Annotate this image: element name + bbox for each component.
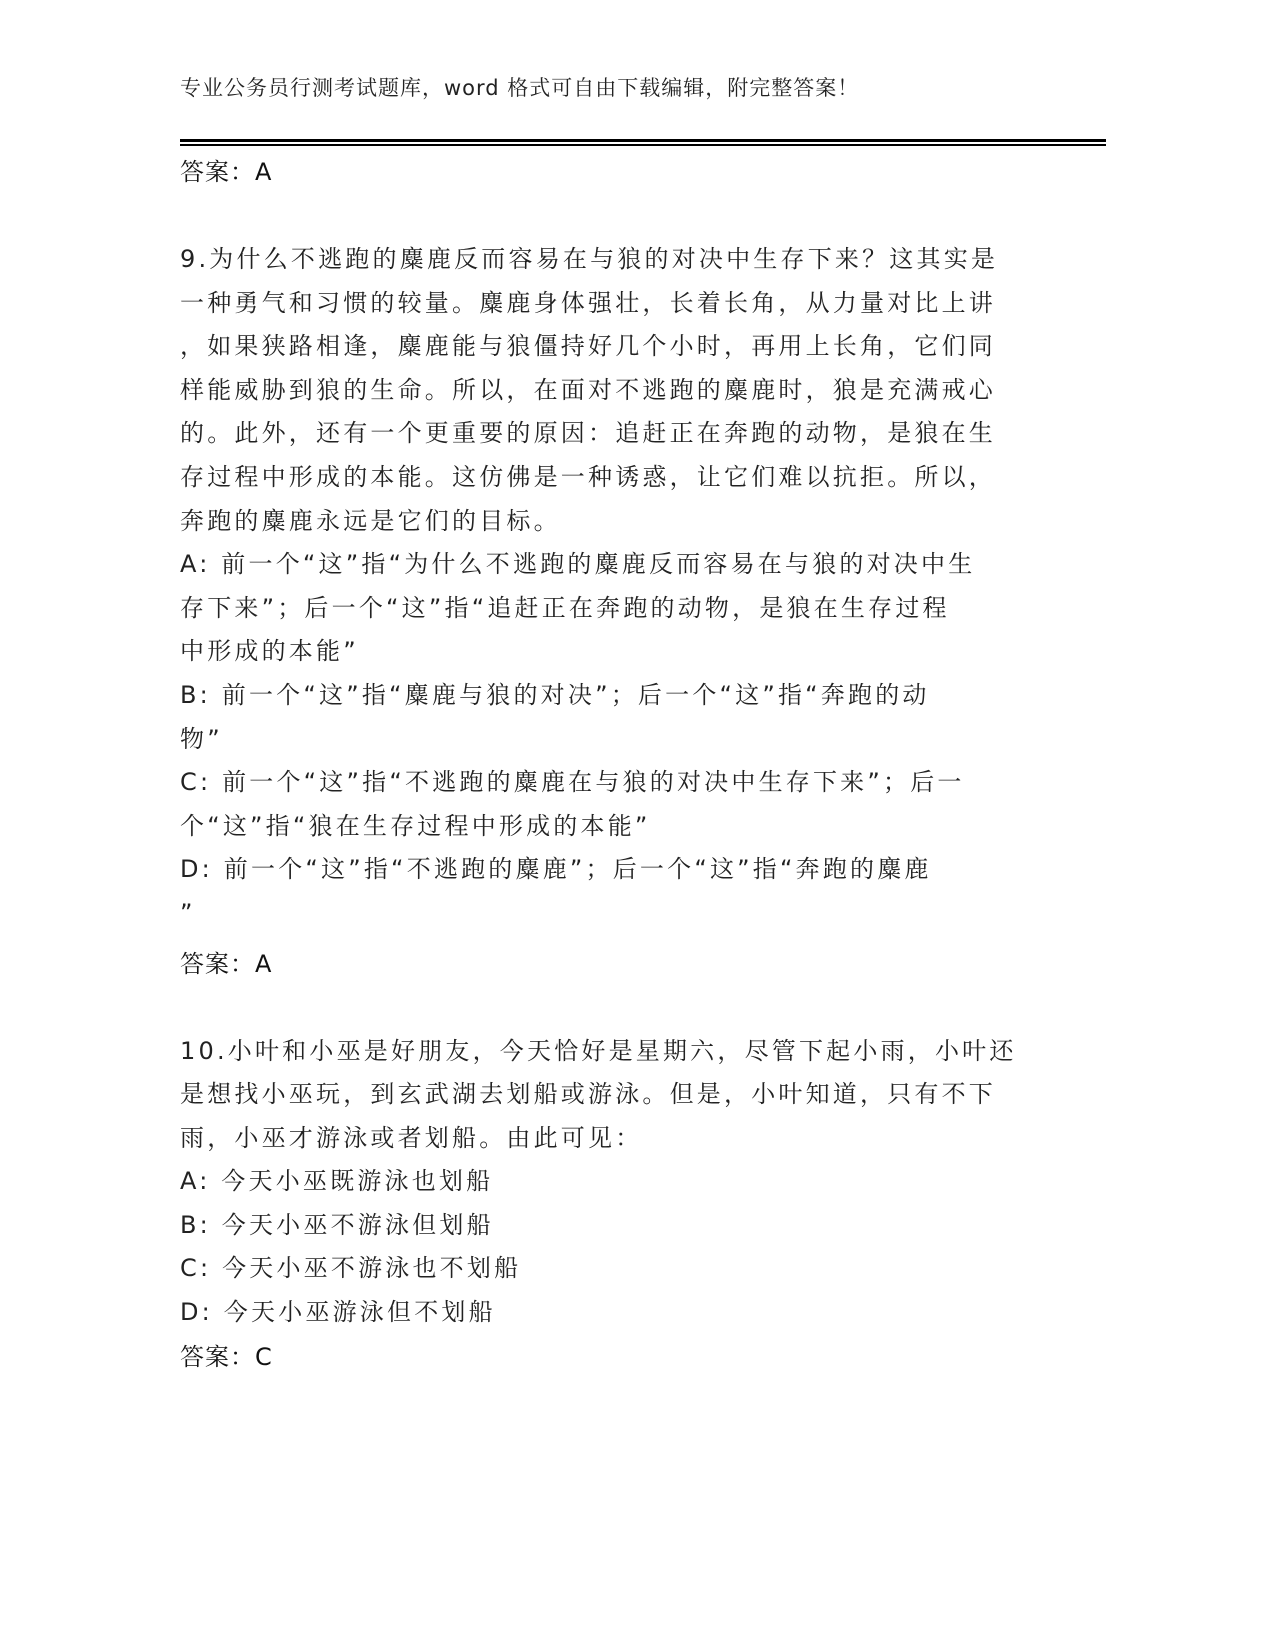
header-divider (180, 139, 1106, 146)
question-answer: 答案：A (180, 942, 1030, 986)
stem-line: 存过程中形成的本能。这仿佛是一种诱惑，让它们难以抗拒。所以， (180, 456, 1030, 500)
option-b: B: 前一个“这”指“麋鹿与狼的对决”；后一个“这”指“奔跑的动 物” (180, 674, 1030, 761)
stem-line: 的。此外，还有一个更重要的原因：追赶正在奔跑的动物，是狼在生 (180, 412, 1030, 456)
stem-line: ，如果狭路相逢，麋鹿能与狼僵持好几个小时，再用上长角，它们同 (180, 325, 1030, 369)
stem-line: 一种勇气和习惯的较量。麋鹿身体强壮，长着长角，从力量对比上讲 (180, 282, 1030, 326)
option-a: A: 今天小巫既游泳也划船 (180, 1160, 1030, 1204)
stem-line: 10.小叶和小巫是好朋友，今天恰好是星期六，尽管下起小雨，小叶还 (180, 1030, 1030, 1074)
option-line: C: 前一个“这”指“不逃跑的麋鹿在与狼的对决中生存下来”；后一 (180, 761, 1030, 805)
option-d: D: 今天小巫游泳但不划船 (180, 1291, 1030, 1335)
question-stem: 10.小叶和小巫是好朋友，今天恰好是星期六，尽管下起小雨，小叶还 是想找小巫玩，… (180, 1030, 1030, 1161)
stem-line: 9.为什么不逃跑的麋鹿反而容易在与狼的对决中生存下来？这其实是 (180, 238, 1030, 282)
question-stem: 9.为什么不逃跑的麋鹿反而容易在与狼的对决中生存下来？这其实是 一种勇气和习惯的… (180, 238, 1030, 543)
option-line: 中形成的本能” (180, 630, 1030, 674)
option-line: ” (180, 892, 1030, 936)
option-c: C: 前一个“这”指“不逃跑的麋鹿在与狼的对决中生存下来”；后一 个“这”指“狼… (180, 761, 1030, 848)
stem-line: 奔跑的麋鹿永远是它们的目标。 (180, 500, 1030, 544)
stem-line: 样能威胁到狼的生命。所以，在面对不逃跑的麋鹿时，狼是充满戒心 (180, 369, 1030, 413)
option-c: C: 今天小巫不游泳也不划船 (180, 1247, 1030, 1291)
page-header: 专业公务员行测考试题库，word 格式可自由下载编辑，附完整答案！ (180, 74, 859, 102)
option-a: A: 前一个“这”指“为什么不逃跑的麋鹿反而容易在与狼的对决中生 存下来”；后一… (180, 543, 1030, 674)
question-9: 9.为什么不逃跑的麋鹿反而容易在与狼的对决中生存下来？这其实是 一种勇气和习惯的… (180, 238, 1030, 986)
option-line: D: 前一个“这”指“不逃跑的麋鹿”；后一个“这”指“奔跑的麋鹿 (180, 848, 1030, 892)
divider-thick-line (180, 139, 1106, 142)
document-body: 答案：A 9.为什么不逃跑的麋鹿反而容易在与狼的对决中生存下来？这其实是 一种勇… (180, 150, 1030, 1379)
spacer (180, 986, 1030, 1030)
question-10: 10.小叶和小巫是好朋友，今天恰好是星期六，尽管下起小雨，小叶还 是想找小巫玩，… (180, 1030, 1030, 1379)
option-line: 存下来”；后一个“这”指“追赶正在奔跑的动物，是狼在生存过程 (180, 587, 1030, 631)
document-page: 专业公务员行测考试题库，word 格式可自由下载编辑，附完整答案！ 答案：A 9… (0, 0, 1275, 1650)
option-line: A: 前一个“这”指“为什么不逃跑的麋鹿反而容易在与狼的对决中生 (180, 543, 1030, 587)
stem-line: 是想找小巫玩，到玄武湖去划船或游泳。但是，小叶知道，只有不下 (180, 1073, 1030, 1117)
option-line: B: 前一个“这”指“麋鹿与狼的对决”；后一个“这”指“奔跑的动 (180, 674, 1030, 718)
previous-answer: 答案：A (180, 150, 1030, 194)
stem-line: 雨，小巫才游泳或者划船。由此可见： (180, 1117, 1030, 1161)
question-answer: 答案：C (180, 1335, 1030, 1379)
option-b: B: 今天小巫不游泳但划船 (180, 1204, 1030, 1248)
option-d: D: 前一个“这”指“不逃跑的麋鹿”；后一个“这”指“奔跑的麋鹿 ” (180, 848, 1030, 935)
spacer (180, 194, 1030, 238)
divider-thin-line (180, 144, 1106, 146)
option-line: 物” (180, 718, 1030, 762)
option-line: 个“这”指“狼在生存过程中形成的本能” (180, 805, 1030, 849)
